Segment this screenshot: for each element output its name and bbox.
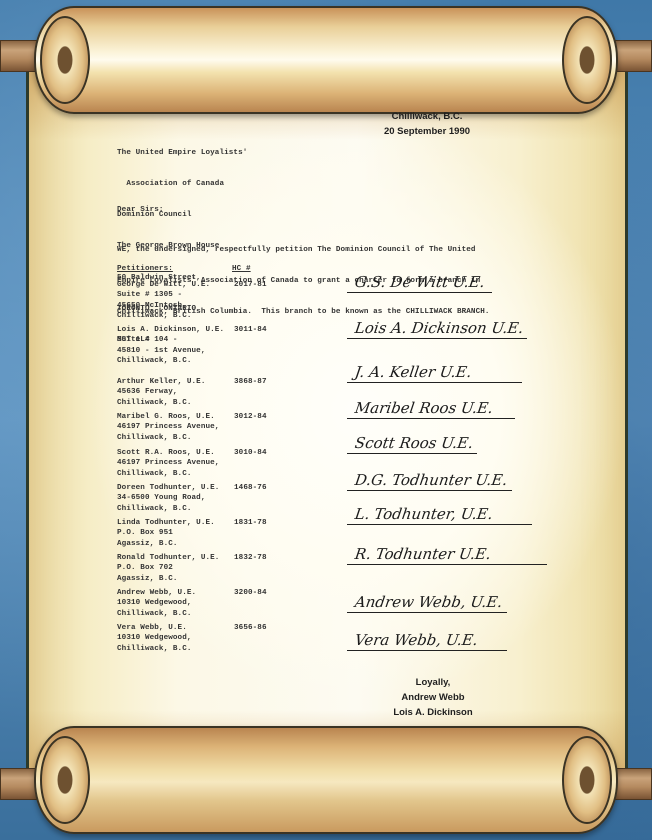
petitioner-name: Lois A. Dickinson, U.E. — [117, 325, 224, 335]
petitioner-address-line: 45810 - 1st Avenue, — [117, 346, 224, 356]
petitioner-address-line: 45650 McIntosh, — [117, 301, 210, 311]
handwritten-signature: L. Todhunter, U.E. — [354, 505, 494, 523]
petitioner-address-line: P.O. Box 702 — [117, 563, 219, 573]
certificate-number: 3868-87 — [234, 377, 267, 387]
petitioner-address-line: Chilliwack, B.C. — [117, 398, 205, 408]
petitioner-name: Andrew Webb, U.E. — [117, 588, 196, 598]
petitioner-address-line: P.O. Box 951 — [117, 528, 215, 538]
certificate-header: HC # — [232, 264, 251, 274]
signature-line: R. Todhunter U.E. — [347, 540, 547, 565]
signature-line: Vera Webb, U.E. — [347, 626, 507, 651]
address-line: The United Empire Loyalists' — [117, 148, 247, 158]
letter-content: Chilliwack, B.C. 20 September 1990 The U… — [0, 0, 652, 840]
certificate-number: 3010-84 — [234, 448, 267, 458]
letter-place: Chilliwack, B.C. — [366, 109, 488, 124]
petitioner-address-line: Chilliwack, B.C. — [117, 433, 219, 443]
letter-date: 20 September 1990 — [366, 124, 488, 139]
signature-line: J. A. Keller U.E. — [347, 358, 522, 383]
handwritten-signature: D.G. Todhunter U.E. — [354, 471, 509, 489]
petitioner-name: Maribel G. Roos, U.E. — [117, 412, 219, 422]
petitioner-address-line: Suite # 1305 - — [117, 290, 210, 300]
address-line: Association of Canada — [117, 179, 247, 189]
petitioner-address-line: 10310 Wedgewood, — [117, 633, 192, 643]
petitioner-name: Linda Todhunter, U.E. — [117, 518, 215, 528]
certificate-number: 1832-78 — [234, 553, 267, 563]
place-date-block: Chilliwack, B.C. 20 September 1990 — [366, 109, 488, 139]
handwritten-signature: J. A. Keller U.E. — [354, 363, 473, 381]
body-line: WE, the undersigned, respectfully petiti… — [117, 245, 490, 255]
petitioner-address-line: Chilliwack, B.C. — [117, 609, 196, 619]
certificate-number: 3011-84 — [234, 325, 267, 335]
petitioner-name: Arthur Keller, U.E. — [117, 377, 205, 387]
petitioner-entry: Doreen Todhunter, U.E.34-6500 Young Road… — [117, 483, 219, 514]
signature-line: Scott Roos U.E. — [347, 429, 477, 454]
signature-line: G.S. De Witt U.E. — [347, 268, 492, 293]
petitioner-address-line: Chilliwack, B.C. — [117, 469, 219, 479]
petitioner-address-line: Agassiz, B.C. — [117, 574, 219, 584]
petitioner-entry: Maribel G. Roos, U.E.46197 Princess Aven… — [117, 412, 219, 443]
certificate-number: 3012-84 — [234, 412, 267, 422]
petitioner-entry: Scott R.A. Roos, U.E.46197 Princess Aven… — [117, 448, 219, 479]
petitioner-address-line: Chilliwack, B.C. — [117, 356, 224, 366]
petitioner-name: George De Witt, U.E. — [117, 280, 210, 290]
petitioner-name: Scott R.A. Roos, U.E. — [117, 448, 219, 458]
petitioner-address-line: Suite # 104 - — [117, 335, 224, 345]
petitioner-address-line: Chilliwack, B.C. — [117, 311, 210, 321]
certificate-number: 2017-81 — [234, 280, 267, 290]
handwritten-signature: R. Todhunter U.E. — [354, 545, 492, 563]
handwritten-signature: Lois A. Dickinson U.E. — [354, 319, 525, 337]
petitioner-entry: Vera Webb, U.E.10310 Wedgewood,Chilliwac… — [117, 623, 192, 654]
petitioner-address-line: Chilliwack, B.C. — [117, 504, 219, 514]
petitioner-entry: Ronald Todhunter, U.E.P.O. Box 702Agassi… — [117, 553, 219, 584]
petitioner-address-line: 34-6500 Young Road, — [117, 493, 219, 503]
handwritten-signature: Maribel Roos U.E. — [354, 399, 494, 417]
petitioner-entry: George De Witt, U.E.Suite # 1305 -45650 … — [117, 280, 210, 322]
petitioner-entry: Arthur Keller, U.E.45636 Ferway,Chilliwa… — [117, 377, 205, 408]
petitioner-address-line: 10310 Wedgewood, — [117, 598, 196, 608]
petitioner-name: Ronald Todhunter, U.E. — [117, 553, 219, 563]
petitioner-name: Doreen Todhunter, U.E. — [117, 483, 219, 493]
signature-line: Maribel Roos U.E. — [347, 394, 515, 419]
certificate-number: 1831-78 — [234, 518, 267, 528]
petitioner-address-line: 46197 Princess Avenue, — [117, 422, 219, 432]
petitioner-address-line: 45636 Ferway, — [117, 387, 205, 397]
closing-block: Loyally, Andrew Webb Lois A. Dickinson — [372, 675, 494, 720]
handwritten-signature: Scott Roos U.E. — [354, 434, 475, 452]
petitioner-entry: Linda Todhunter, U.E.P.O. Box 951Agassiz… — [117, 518, 215, 549]
handwritten-signature: G.S. De Witt U.E. — [354, 273, 486, 291]
petitioner-address-line: Agassiz, B.C. — [117, 539, 215, 549]
certificate-number: 3656-86 — [234, 623, 267, 633]
closing-signer: Lois A. Dickinson — [372, 705, 494, 720]
signature-line: Lois A. Dickinson U.E. — [347, 314, 527, 339]
signature-line: L. Todhunter, U.E. — [347, 500, 532, 525]
valediction: Loyally, — [372, 675, 494, 690]
handwritten-signature: Andrew Webb, U.E. — [354, 593, 504, 611]
signature-line: Andrew Webb, U.E. — [347, 588, 507, 613]
petitioner-address-line: 46197 Princess Avenue, — [117, 458, 219, 468]
signature-line: D.G. Todhunter U.E. — [347, 466, 512, 491]
salutation: Dear Sirs: — [117, 205, 164, 215]
petitioners-header: Petitioners: — [117, 264, 173, 274]
certificate-number: 1468-76 — [234, 483, 267, 493]
certificate-number: 3200-84 — [234, 588, 267, 598]
handwritten-signature: Vera Webb, U.E. — [354, 631, 479, 649]
petitioner-entry: Andrew Webb, U.E.10310 Wedgewood,Chilliw… — [117, 588, 196, 619]
petitioner-address-line: Chilliwack, B.C. — [117, 644, 192, 654]
petitioner-name: Vera Webb, U.E. — [117, 623, 192, 633]
petitioner-entry: Lois A. Dickinson, U.E.Suite # 104 -4581… — [117, 325, 224, 367]
closing-signer: Andrew Webb — [372, 690, 494, 705]
